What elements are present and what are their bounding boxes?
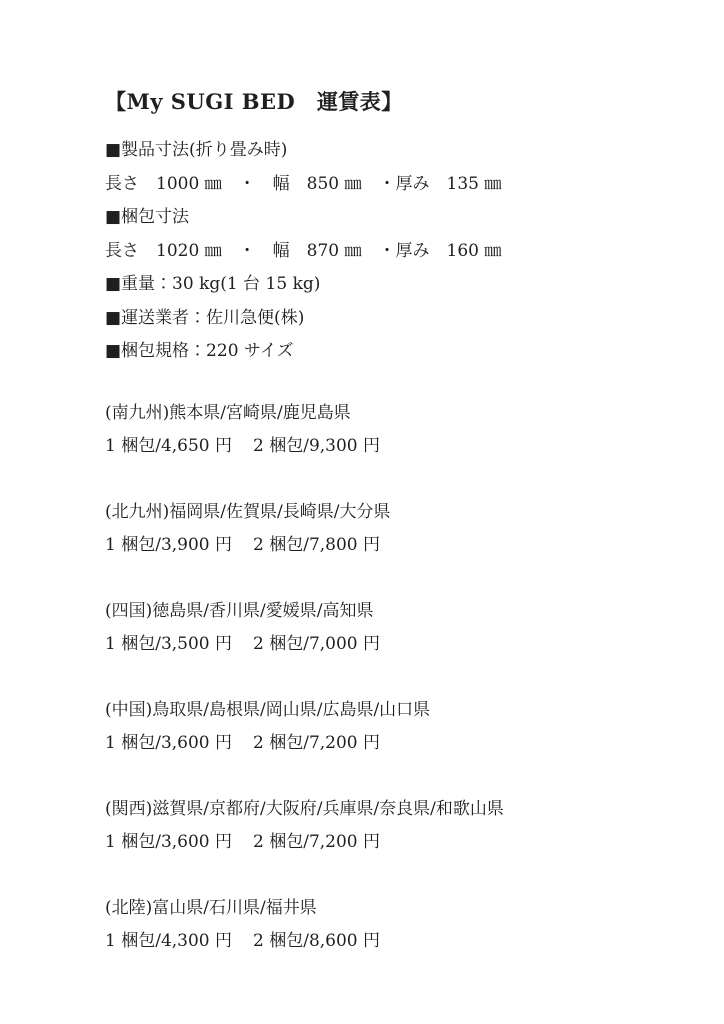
region-area-label: (四国)徳島県/香川県/愛媛県/高知県 [105, 595, 664, 629]
region-area-label: (関西)滋賀県/京都府/大阪府/兵庫県/奈良県/和歌山県 [105, 793, 664, 827]
price-2pack: 2 梱包/7,000 円 [253, 628, 380, 662]
spec-line-packing-standard: ■梱包規格：220 サイズ [105, 335, 664, 369]
price-1pack: 1 梱包/3,900 円 [105, 529, 253, 563]
region-block-minami-kyushu: (南九州)熊本県/宮崎県/鹿児島県 1 梱包/4,650 円 2 梱包/9,30… [105, 397, 664, 464]
price-2pack: 2 梱包/8,600 円 [253, 925, 380, 959]
region-area-label: (北陸)富山県/石川県/福井県 [105, 892, 664, 926]
price-2pack: 2 梱包/9,300 円 [253, 430, 380, 464]
region-area-label: (北九州)福岡県/佐賀県/長崎県/大分県 [105, 496, 664, 530]
spec-line-packing-dimensions-heading: ■梱包寸法 [105, 201, 664, 235]
price-1pack: 1 梱包/4,650 円 [105, 430, 253, 464]
price-1pack: 1 梱包/4,300 円 [105, 925, 253, 959]
price-2pack: 2 梱包/7,800 円 [253, 529, 380, 563]
region-price-row: 1 梱包/3,600 円 2 梱包/7,200 円 [105, 727, 664, 761]
region-price-row: 1 梱包/3,900 円 2 梱包/7,800 円 [105, 529, 664, 563]
region-block-hokuriku: (北陸)富山県/石川県/福井県 1 梱包/4,300 円 2 梱包/8,600 … [105, 892, 664, 959]
spec-line-carrier: ■運送業者：佐川急便(株) [105, 302, 664, 336]
price-2pack: 2 梱包/7,200 円 [253, 826, 380, 860]
spec-line-packing-dimensions-values: 長さ 1020 ㎜ ・ 幅 870 ㎜ ・厚み 160 ㎜ [105, 235, 664, 269]
region-area-label: (南九州)熊本県/宮崎県/鹿児島県 [105, 397, 664, 431]
price-1pack: 1 梱包/3,500 円 [105, 628, 253, 662]
region-block-kita-kyushu: (北九州)福岡県/佐賀県/長崎県/大分県 1 梱包/3,900 円 2 梱包/7… [105, 496, 664, 563]
page-title: 【My SUGI BED 運賃表】 [105, 88, 664, 116]
spec-line-weight: ■重量：30 kg(1 台 15 kg) [105, 268, 664, 302]
price-1pack: 1 梱包/3,600 円 [105, 727, 253, 761]
spec-line-product-dimensions-values: 長さ 1000 ㎜ ・ 幅 850 ㎜ ・厚み 135 ㎜ [105, 168, 664, 202]
region-block-chugoku: (中国)鳥取県/島根県/岡山県/広島県/山口県 1 梱包/3,600 円 2 梱… [105, 694, 664, 761]
region-price-row: 1 梱包/3,500 円 2 梱包/7,000 円 [105, 628, 664, 662]
region-area-label: (中国)鳥取県/島根県/岡山県/広島県/山口県 [105, 694, 664, 728]
region-price-row: 1 梱包/3,600 円 2 梱包/7,200 円 [105, 826, 664, 860]
region-block-kansai: (関西)滋賀県/京都府/大阪府/兵庫県/奈良県/和歌山県 1 梱包/3,600 … [105, 793, 664, 860]
price-2pack: 2 梱包/7,200 円 [253, 727, 380, 761]
price-1pack: 1 梱包/3,600 円 [105, 826, 253, 860]
region-price-row: 1 梱包/4,300 円 2 梱包/8,600 円 [105, 925, 664, 959]
spec-line-product-dimensions-heading: ■製品寸法(折り畳み時) [105, 134, 664, 168]
region-block-shikoku: (四国)徳島県/香川県/愛媛県/高知県 1 梱包/3,500 円 2 梱包/7,… [105, 595, 664, 662]
document-page: 【My SUGI BED 運賃表】 ■製品寸法(折り畳み時) 長さ 1000 ㎜… [0, 0, 724, 1024]
region-price-row: 1 梱包/4,650 円 2 梱包/9,300 円 [105, 430, 664, 464]
